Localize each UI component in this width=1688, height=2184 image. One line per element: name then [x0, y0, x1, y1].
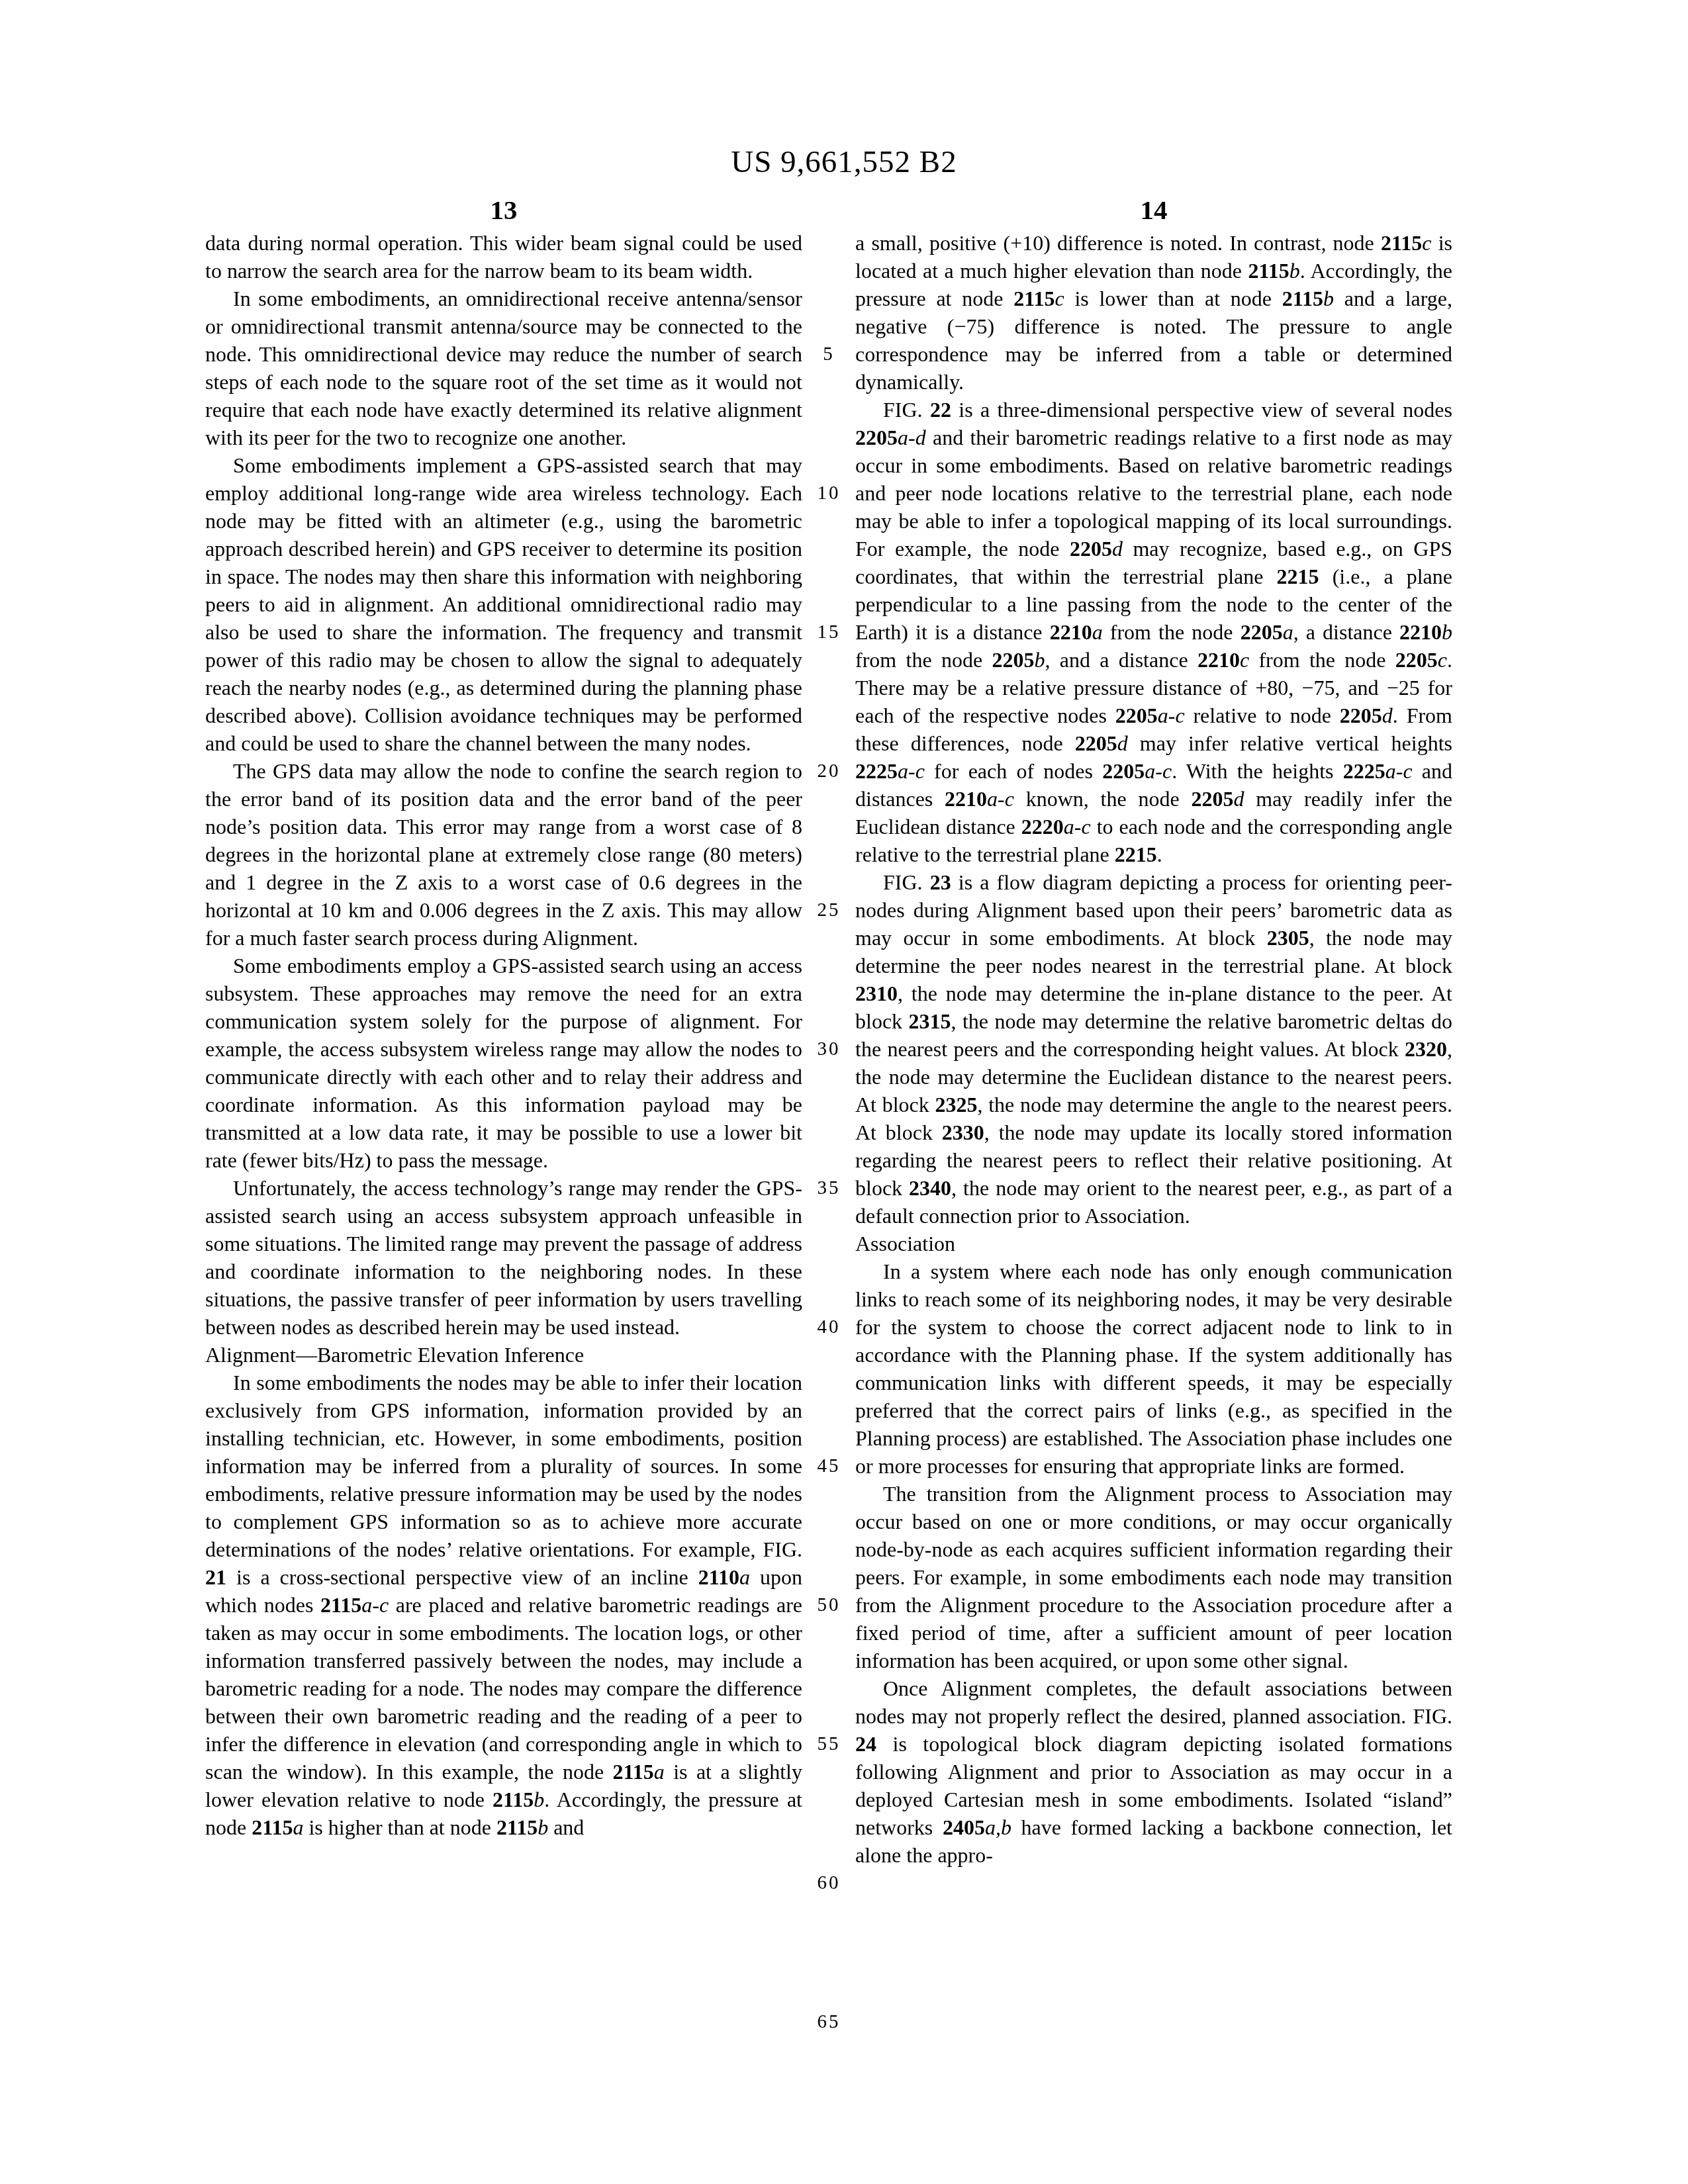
paragraph: Some embodiments employ a GPS-assisted s…	[205, 952, 802, 1174]
line-number: 5	[802, 340, 855, 368]
paragraph: In some embodiments the nodes may be abl…	[205, 1369, 802, 1841]
section-heading: Association	[855, 1230, 1452, 1257]
line-number: 35	[802, 1174, 855, 1202]
column-left-text: data during normal operation. This wider…	[205, 229, 802, 1841]
paragraph: Once Alignment completes, the default as…	[855, 1674, 1452, 1869]
section-heading: Alignment—Barometric Elevation Inference	[205, 1341, 802, 1369]
line-number: 20	[802, 757, 855, 785]
line-number-gutter: 5101520253035404550556065	[802, 229, 855, 2056]
column-right-page-number: 14	[855, 191, 1452, 229]
column-left: 13 data during normal operation. This wi…	[205, 191, 802, 1841]
column-left-page-number: 13	[205, 191, 802, 229]
page-body: 13 data during normal operation. This wi…	[0, 191, 1688, 1869]
line-number: 65	[802, 2008, 855, 2036]
line-number: 40	[802, 1313, 855, 1341]
paragraph: a small, positive (+10) difference is no…	[855, 229, 1452, 396]
line-number: 55	[802, 1730, 855, 1758]
line-number: 25	[802, 896, 855, 924]
line-number: 30	[802, 1035, 855, 1063]
line-number: 45	[802, 1452, 855, 1480]
paragraph: FIG. 22 is a three-dimensional perspecti…	[855, 396, 1452, 868]
column-right: 14 a small, positive (+10) difference is…	[855, 191, 1452, 1869]
patent-number-header: US 9,661,552 B2	[0, 144, 1688, 180]
line-number: 50	[802, 1591, 855, 1619]
patent-page: US 9,661,552 B2 13 data during normal op…	[0, 0, 1688, 2184]
paragraph: The transition from the Alignment proces…	[855, 1480, 1452, 1674]
paragraph: Unfortunately, the access technology’s r…	[205, 1174, 802, 1341]
paragraph: data during normal operation. This wider…	[205, 229, 802, 285]
column-right-text: a small, positive (+10) difference is no…	[855, 229, 1452, 1869]
paragraph: FIG. 23 is a flow diagram depicting a pr…	[855, 868, 1452, 1230]
line-number: 60	[802, 1869, 855, 1897]
paragraph: The GPS data may allow the node to confi…	[205, 757, 802, 952]
paragraph: Some embodiments implement a GPS-assiste…	[205, 451, 802, 757]
line-number: 10	[802, 479, 855, 507]
paragraph: In a system where each node has only eno…	[855, 1257, 1452, 1480]
line-number: 15	[802, 618, 855, 646]
paragraph: In some embodiments, an omnidirectional …	[205, 285, 802, 451]
